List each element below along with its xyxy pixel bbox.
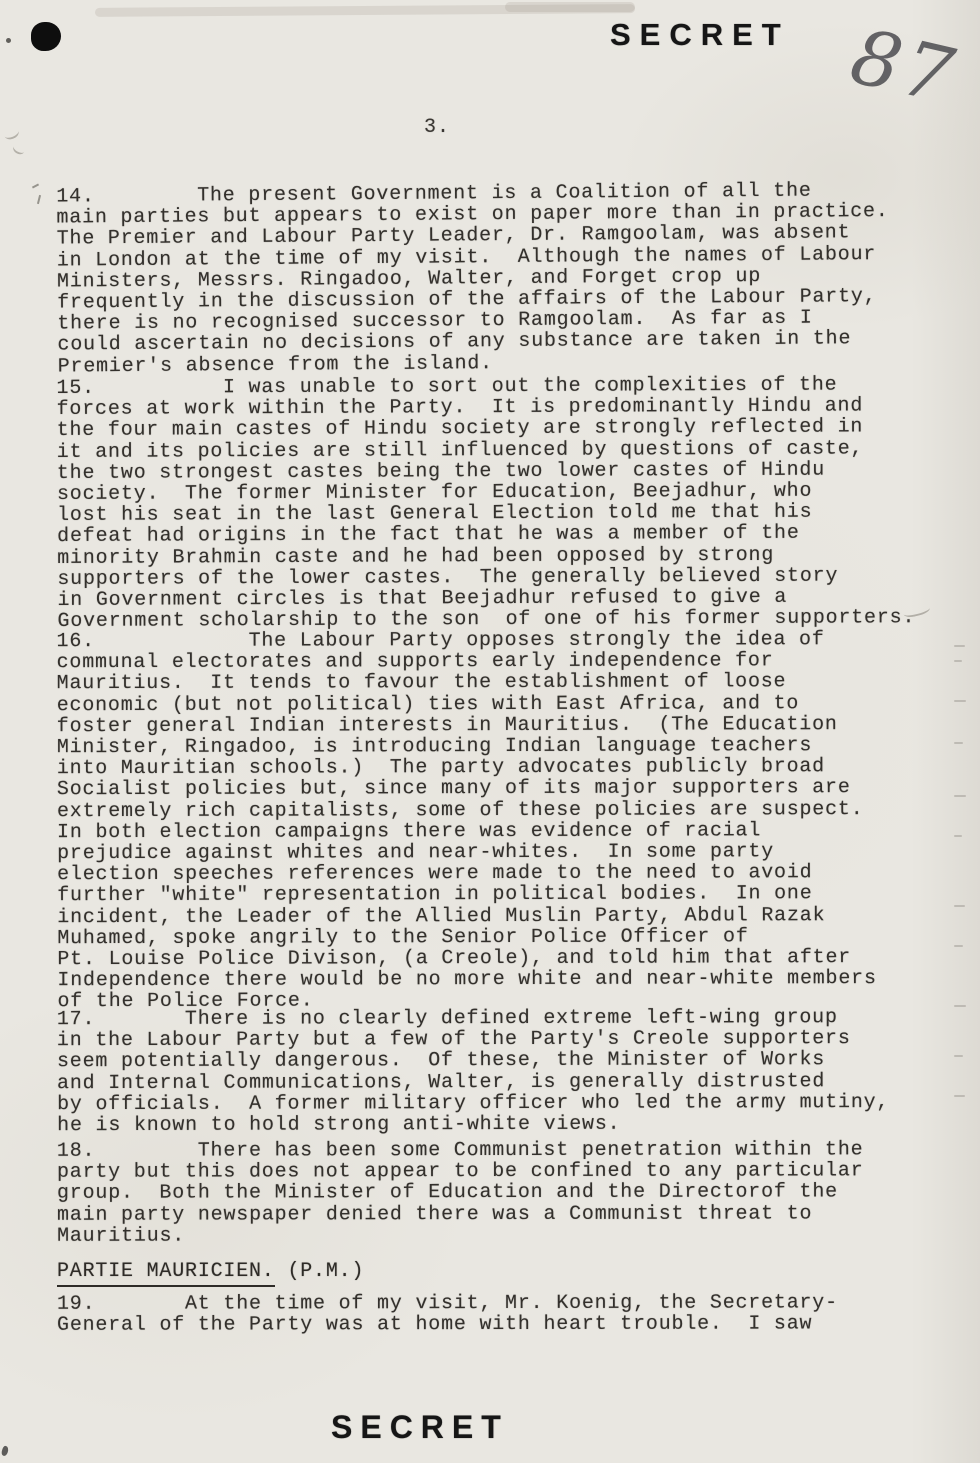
page-number: 3.: [424, 116, 450, 139]
text-line: Mauritius. It tends to favour the establ…: [57, 671, 957, 695]
top-smudge: [505, 2, 635, 12]
classification-stamp-top: SECRET: [610, 17, 790, 53]
margin-pencil-mark: [32, 183, 39, 188]
text-line: foster general Indian interests in Mauri…: [57, 714, 957, 738]
section-heading-underlined: PARTIE MAURICIEN.: [57, 1260, 275, 1287]
text-line: he is known to hold strong anti-white vi…: [57, 1113, 957, 1137]
section-heading-rest: (P.M.): [275, 1260, 365, 1283]
text-line: General of the Party was at home with he…: [57, 1313, 957, 1336]
classification-stamp-bottom: SECRET: [331, 1409, 509, 1446]
paragraph-18: 18. There has been some Communist penetr…: [57, 1139, 957, 1247]
text-line: main party newspaper denied there was a …: [57, 1203, 957, 1226]
margin-pencil-mark: [37, 195, 41, 204]
text-line: Independence there would be no more whit…: [57, 968, 957, 992]
paragraph-14: 14. The present Government is a Coalitio…: [56, 179, 957, 377]
margin-pencil-mark: [11, 142, 26, 156]
text-line: by officials. A former military officer …: [57, 1092, 957, 1116]
paragraph-17: 17. There is no clearly defined extreme …: [57, 1007, 957, 1137]
section-heading: PARTIE MAURICIEN. (P.M.): [57, 1260, 364, 1283]
text-line: group. Both the Minister of Education an…: [57, 1182, 957, 1205]
text-line: extremely rich capitalists, some of thes…: [57, 798, 957, 822]
paragraph-16: 16. The Labour Party opposes strongly th…: [57, 629, 958, 1013]
paragraph-15: 15. I was unable to sort out the complex…: [56, 374, 957, 632]
ink-blot: [31, 22, 61, 51]
text-line: 16. The Labour Party opposes strongly th…: [57, 629, 957, 653]
ink-speck: [6, 38, 11, 43]
text-line: prejudice against whites and near-whites…: [57, 841, 957, 865]
corner-mark: [1, 1445, 10, 1456]
handwritten-folio-number-text: 87: [845, 11, 965, 121]
text-line: incident, the Leader of the Allied Musli…: [57, 904, 957, 928]
text-line: 19. At the time of my visit, Mr. Koenig,…: [57, 1292, 957, 1315]
text-line: In both election campaigns there was evi…: [57, 820, 957, 844]
text-line: Mauritius.: [57, 1224, 957, 1247]
document-page: SECRET 87 3. 14. The present Government …: [0, 0, 980, 1463]
margin-pencil-mark: [2, 126, 20, 142]
handwritten-folio-number: 87: [845, 2, 975, 127]
paragraph-19: 19. At the time of my visit, Mr. Koenig,…: [57, 1292, 957, 1336]
